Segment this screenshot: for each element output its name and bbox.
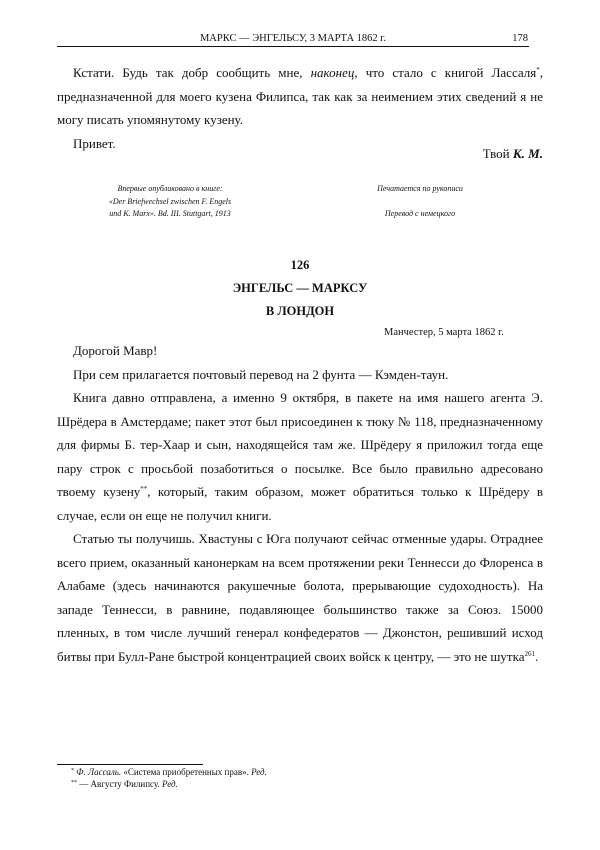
paragraph: При сем прилагается почтовый перевод на … bbox=[57, 363, 543, 387]
running-header: МАРКС — ЭНГЕЛЬСУ, 3 МАРТА 1862 г. 178 bbox=[57, 33, 529, 47]
footnotes: * Ф. Лассаль. «Система приобретенных пра… bbox=[71, 767, 267, 790]
source-note: Впервые опубликовано в книге: «Der Brief… bbox=[85, 183, 255, 221]
footnote: ** — Августу Филипсу. Ред. bbox=[71, 779, 267, 791]
previous-letter-body: Кстати. Будь так добр сообщить мне, нако… bbox=[57, 61, 543, 155]
letter-body: Дорогой Мавр! При сем прилагается почтов… bbox=[57, 339, 543, 668]
salutation: Дорогой Мавр! bbox=[57, 339, 543, 363]
closing-greeting: Привет. bbox=[57, 132, 543, 156]
letter-destination: В ЛОНДОН bbox=[0, 300, 600, 323]
emphasis: наконец, bbox=[311, 65, 358, 80]
letter-number: 126 bbox=[0, 254, 600, 277]
print-note: Печатается по рукописи Перевод с немецко… bbox=[350, 183, 490, 220]
footnote: * Ф. Лассаль. «Система приобретенных пра… bbox=[71, 767, 267, 779]
paragraph: Статью ты получишь. Хвастуны с Юга получ… bbox=[57, 527, 543, 668]
footnote-divider bbox=[57, 764, 203, 765]
paragraph: Кстати. Будь так добр сообщить мне, нако… bbox=[57, 61, 543, 132]
signature-initials: К. М. bbox=[513, 146, 543, 161]
page-number: 178 bbox=[512, 33, 528, 45]
letter-title: ЭНГЕЛЬС — МАРКСУ bbox=[0, 277, 600, 300]
paragraph: Книга давно отправлена, а именно 9 октяб… bbox=[57, 386, 543, 527]
running-title: МАРКС — ЭНГЕЛЬСУ, 3 МАРТА 1862 г. bbox=[57, 33, 529, 45]
place-date: Манчестер, 5 марта 1862 г. bbox=[384, 327, 504, 338]
letter-heading: 126 ЭНГЕЛЬС — МАРКСУ В ЛОНДОН bbox=[0, 254, 600, 323]
translation-note: Перевод с немецкого bbox=[350, 208, 490, 221]
endnote-ref[interactable]: 261 bbox=[525, 650, 536, 658]
signature: Твой К. М. bbox=[483, 146, 543, 162]
